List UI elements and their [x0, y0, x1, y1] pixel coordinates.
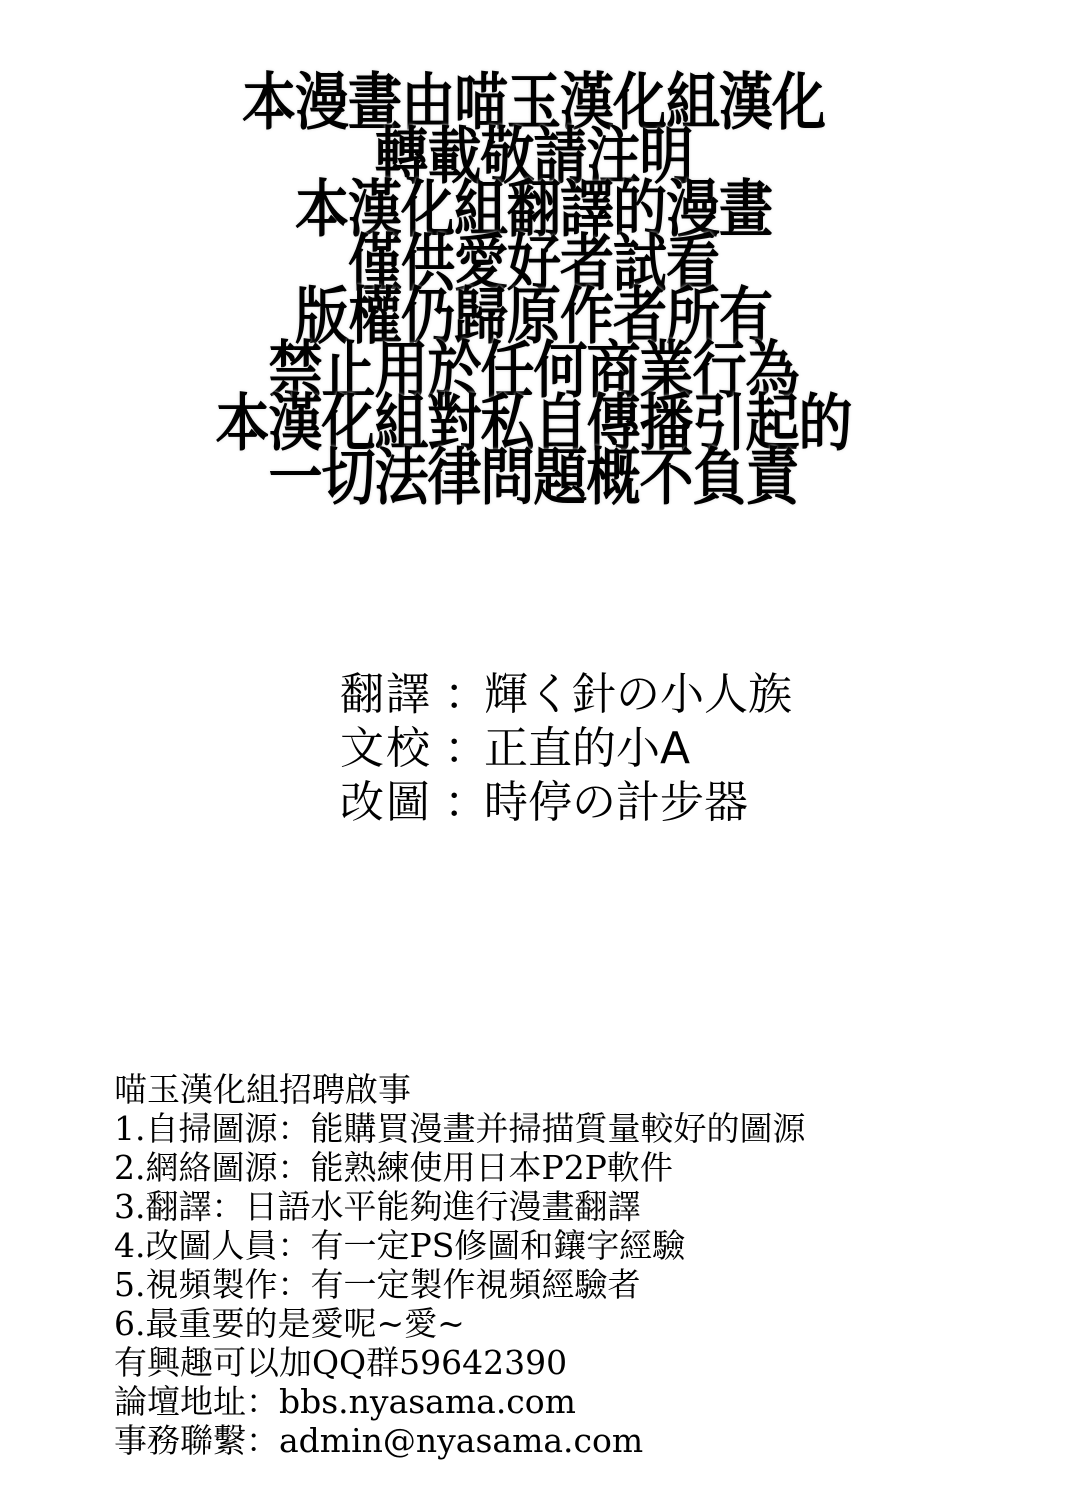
- recruitment-title: 喵玉漢化組招聘啟事: [114, 1070, 806, 1109]
- recruitment-item: 3.翻譯：日語水平能夠進行漫畫翻譯: [114, 1187, 806, 1226]
- forum-url: bbs.nyasama.com: [279, 1382, 576, 1421]
- credit-role: 改圖: [340, 776, 444, 830]
- credit-separator: ：: [444, 776, 484, 830]
- recruitment-item: 1.自掃圖源：能購買漫畫并掃描質量較好的圖源: [114, 1109, 806, 1148]
- recruitment-item: 5.視頻製作：有一定製作視頻經驗者: [114, 1265, 806, 1304]
- credit-role: 文校: [340, 722, 444, 776]
- forum-address: 論壇地址：bbs.nyasama.com: [114, 1382, 806, 1421]
- recruitment-item: 2.網絡圖源：能熟練使用日本P2P軟件: [114, 1148, 806, 1187]
- disclaimer-block: 本漫畫由喵玉漢化組漢化 轉載敬請注明 本漢化組翻譯的漫畫 僅供愛好者試看 版權仍…: [0, 76, 1067, 504]
- qq-group-text: 有興趣可以加QQ群59642390: [114, 1343, 806, 1382]
- credit-name: 正直的小A: [484, 723, 690, 774]
- credit-proofreading: 文校：正直的小A: [340, 722, 792, 776]
- contact-email-value: admin@nyasama.com: [279, 1421, 643, 1460]
- credit-separator: ：: [444, 722, 484, 776]
- credit-translation: 翻譯：輝く針の小人族: [340, 668, 792, 722]
- credit-name: 輝く針の小人族: [484, 669, 792, 720]
- forum-label: 論壇地址：: [114, 1382, 279, 1421]
- credit-separator: ：: [444, 668, 484, 722]
- credit-name: 時停の計步器: [484, 777, 748, 828]
- contact-email: 事務聯繫：admin@nyasama.com: [114, 1421, 806, 1460]
- credit-role: 翻譯: [340, 668, 444, 722]
- credits-block: 翻譯：輝く針の小人族 文校：正直的小A 改圖：時停の計步器: [340, 668, 792, 830]
- recruitment-block: 喵玉漢化組招聘啟事 1.自掃圖源：能購買漫畫并掃描質量較好的圖源 2.網絡圖源：…: [114, 1070, 806, 1460]
- disclaimer-line: 一切法律問題概不負責: [0, 446, 1067, 508]
- contact-label: 事務聯繫：: [114, 1421, 279, 1460]
- recruitment-item: 6.最重要的是愛呢~愛~: [114, 1304, 806, 1343]
- credit-editing: 改圖：時停の計步器: [340, 776, 792, 830]
- recruitment-item: 4.改圖人員：有一定PS修圖和鑲字經驗: [114, 1226, 806, 1265]
